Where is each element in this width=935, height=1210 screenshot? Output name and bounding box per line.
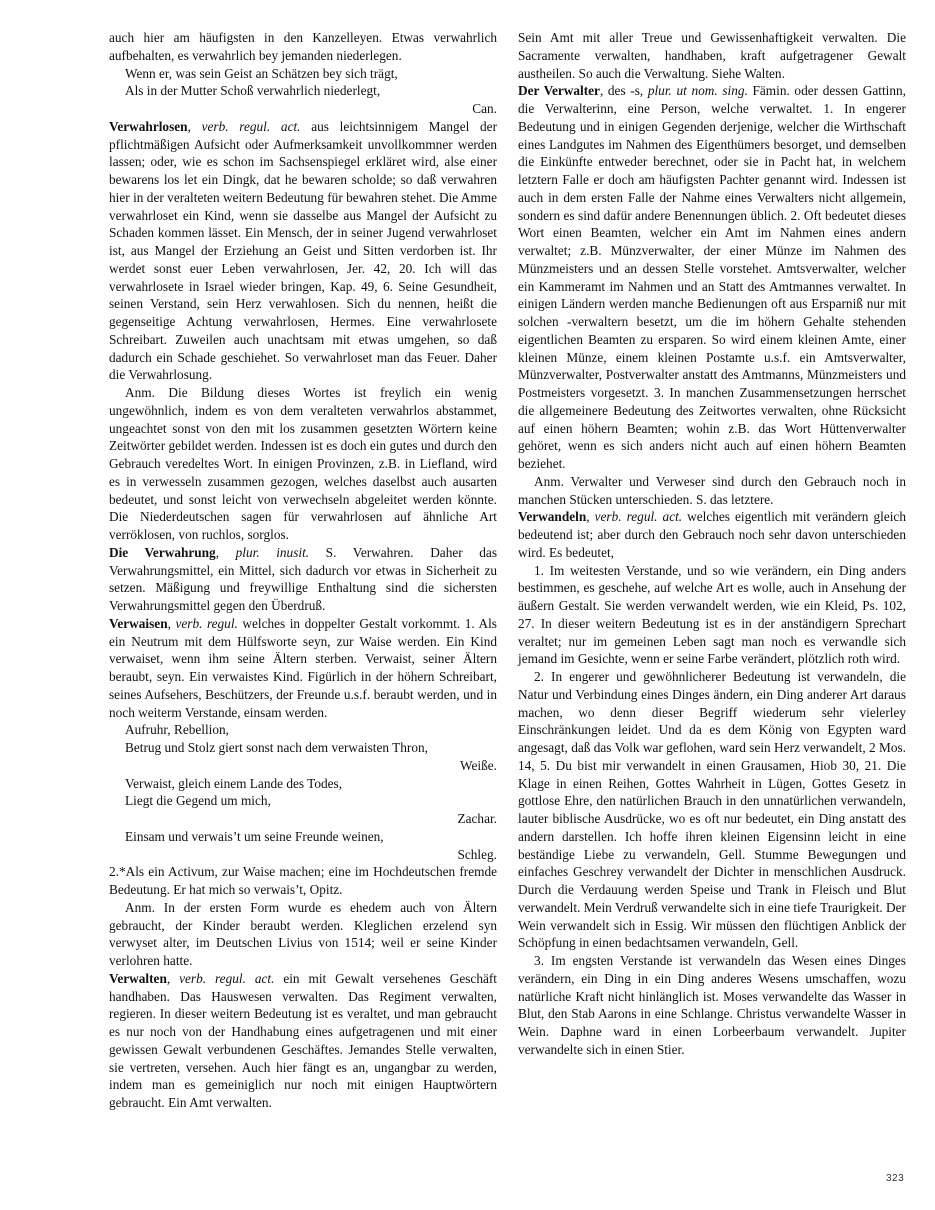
grammar-note: verb. regul. act. <box>179 971 274 986</box>
verse-line: Betrug und Stolz giert sonst nach dem ve… <box>109 739 497 757</box>
left-column: auch hier am häufigsten in den Kanzelley… <box>109 29 497 1112</box>
paragraph: auch hier am häufigsten in den Kanzelley… <box>109 29 497 65</box>
dictionary-entry: Verwaisen, verb. regul. welches in doppe… <box>109 615 497 722</box>
headword: Die Verwahrung <box>109 545 216 560</box>
grammar-note: verb. regul. act. <box>595 509 683 524</box>
sense-paragraph: 2. In engerer und gewöhnlicherer Bedeutu… <box>518 668 906 952</box>
quote-source: Can. <box>109 100 497 118</box>
headword: Verwalten <box>109 971 167 986</box>
quote-source: Schleg. <box>109 846 497 864</box>
grammar-note: plur. inusit. <box>236 545 309 560</box>
entry-text: ein mit Gewalt versehenes Geschäft handh… <box>109 971 497 1110</box>
entry-text: aus leichtsinnigem Mangel der pflichtmäß… <box>109 119 497 383</box>
dictionary-entry: Verwandeln, verb. regul. act. welches ei… <box>518 508 906 561</box>
paragraph: Sein Amt mit aller Treue und Gewissenhaf… <box>518 29 906 82</box>
page-number: 323 <box>886 1173 904 1184</box>
paragraph: 2.*Als ein Activum, zur Waise machen; ei… <box>109 863 497 899</box>
dictionary-entry: Verwahrlosen, verb. regul. act. aus leic… <box>109 118 497 384</box>
sense-paragraph: 1. Im weitesten Verstande, und so wie ve… <box>518 562 906 669</box>
verse-line: Verwaist, gleich einem Lande des Todes, <box>109 775 497 793</box>
annotation-paragraph: Anm. Die Bildung dieses Wortes ist freyl… <box>109 384 497 544</box>
verse-line: Wenn er, was sein Geist an Schätzen bey … <box>109 65 497 83</box>
grammar-note: verb. regul. act. <box>202 119 301 134</box>
verse-line: Aufruhr, Rebellion, <box>109 721 497 739</box>
sense-paragraph: 3. Im engsten Verstande ist verwandeln d… <box>518 952 906 1059</box>
annotation-paragraph: Anm. Verwalter und Verweser sind durch d… <box>518 473 906 509</box>
headword: Verwandeln <box>518 509 586 524</box>
verse-line: Liegt die Gegend um mich, <box>109 792 497 810</box>
entry-inflection: , des -s, <box>600 83 648 98</box>
dictionary-entry: Der Verwalter, des -s, plur. ut nom. sin… <box>518 82 906 473</box>
right-column: Sein Amt mit aller Treue und Gewissenhaf… <box>518 29 906 1059</box>
entry-text: welches in doppelter Gestalt vorkommt. 1… <box>109 616 497 720</box>
headword: Der Verwalter <box>518 83 600 98</box>
quote-source: Zachar. <box>109 810 497 828</box>
grammar-note: plur. ut nom. sing. <box>648 83 748 98</box>
dictionary-entry: Verwalten, verb. regul. act. ein mit Gew… <box>109 970 497 1112</box>
verse-line: Einsam und verwais’t um seine Freunde we… <box>109 828 497 846</box>
dictionary-entry: Die Verwahrung, plur. inusit. S. Verwahr… <box>109 544 497 615</box>
verse-line: Als in der Mutter Schoß verwahrlich nied… <box>109 82 497 100</box>
quote-source: Weiße. <box>109 757 497 775</box>
entry-text: Fämin. oder dessen Gattinn, die Verwalte… <box>518 83 906 471</box>
annotation-paragraph: Anm. In der ersten Form wurde es ehedem … <box>109 899 497 970</box>
headword: Verwahrlosen <box>109 119 188 134</box>
grammar-note: verb. regul. <box>175 616 237 631</box>
headword: Verwaisen <box>109 616 168 631</box>
